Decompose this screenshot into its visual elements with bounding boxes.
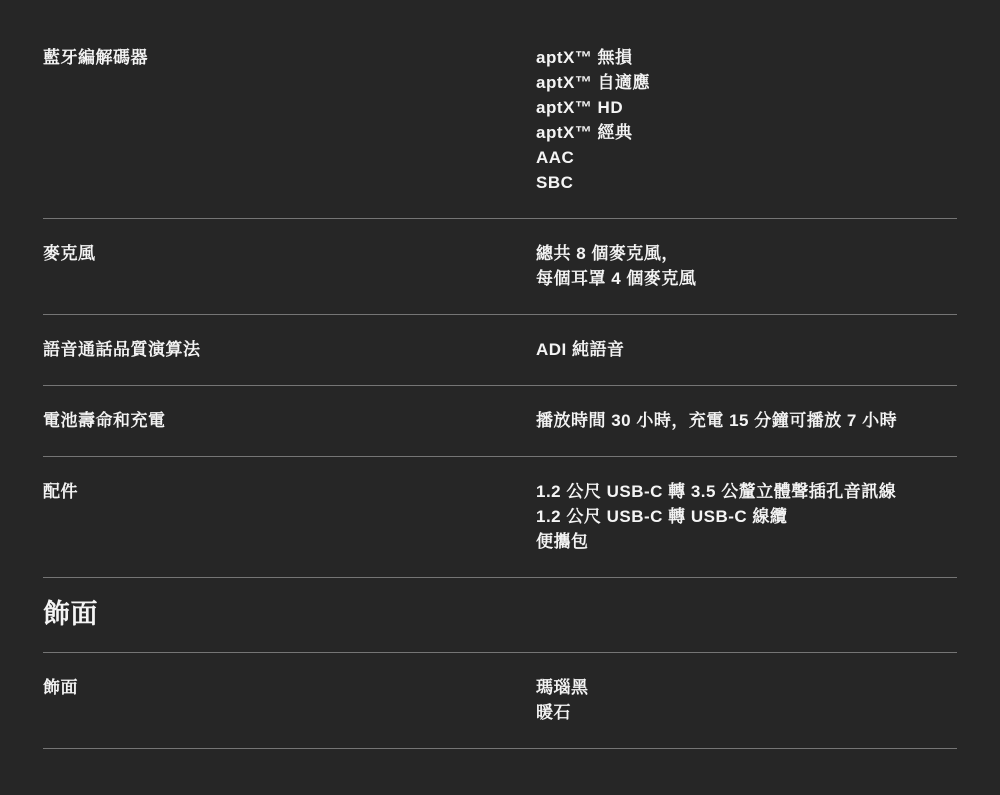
spec-content: 藍牙編解碼器 aptX™ 無損 aptX™ 自適應 aptX™ HD aptX™…: [43, 0, 957, 749]
spec-value-line: SBC: [536, 170, 957, 195]
spec-values: 瑪瑙黑 暖石: [536, 675, 957, 725]
spec-value-line: ADI 純語音: [536, 337, 957, 362]
spec-value-line: aptX™ HD: [536, 95, 957, 120]
spec-label: 語音通話品質演算法: [43, 337, 536, 362]
spec-value-line: 1.2 公尺 USB-C 轉 USB-C 線纜: [536, 504, 957, 529]
spec-value-line: aptX™ 經典: [536, 120, 957, 145]
spec-value-line: 暖石: [536, 700, 957, 725]
spec-page: 藍牙編解碼器 aptX™ 無損 aptX™ 自適應 aptX™ HD aptX™…: [0, 0, 1000, 795]
spec-label: 藍牙編解碼器: [43, 45, 536, 70]
spec-label: 麥克風: [43, 241, 536, 266]
spec-values: aptX™ 無損 aptX™ 自適應 aptX™ HD aptX™ 經典 AAC…: [536, 45, 957, 195]
spec-row-bluetooth-codec: 藍牙編解碼器 aptX™ 無損 aptX™ 自適應 aptX™ HD aptX™…: [43, 0, 957, 219]
spec-row-accessories: 配件 1.2 公尺 USB-C 轉 3.5 公釐立體聲插孔音訊線 1.2 公尺 …: [43, 457, 957, 578]
spec-values: 1.2 公尺 USB-C 轉 3.5 公釐立體聲插孔音訊線 1.2 公尺 USB…: [536, 479, 957, 554]
spec-label: 配件: [43, 479, 536, 504]
section-heading-finish: 飾面: [43, 578, 957, 653]
spec-label: 電池壽命和充電: [43, 408, 536, 433]
spec-value-line: aptX™ 無損: [536, 45, 957, 70]
spec-value-line: 瑪瑙黑: [536, 675, 957, 700]
spec-label: 飾面: [43, 675, 536, 700]
spec-row-voice-algorithm: 語音通話品質演算法 ADI 純語音: [43, 315, 957, 386]
spec-row-battery: 電池壽命和充電 播放時間 30 小時，充電 15 分鐘可播放 7 小時: [43, 386, 957, 457]
spec-row-finish: 飾面 瑪瑙黑 暖石: [43, 653, 957, 749]
spec-values: 總共 8 個麥克風， 每個耳罩 4 個麥克風: [536, 241, 957, 291]
spec-row-microphones: 麥克風 總共 8 個麥克風， 每個耳罩 4 個麥克風: [43, 219, 957, 315]
spec-values: ADI 純語音: [536, 337, 957, 362]
spec-value-line: 1.2 公尺 USB-C 轉 3.5 公釐立體聲插孔音訊線: [536, 479, 957, 504]
spec-value-line: 總共 8 個麥克風，: [536, 241, 957, 266]
spec-values: 播放時間 30 小時，充電 15 分鐘可播放 7 小時: [536, 408, 957, 433]
spec-value-line: 播放時間 30 小時，充電 15 分鐘可播放 7 小時: [536, 408, 957, 433]
spec-value-line: aptX™ 自適應: [536, 70, 957, 95]
spec-value-line: 每個耳罩 4 個麥克風: [536, 266, 957, 291]
spec-value-line: 便攜包: [536, 529, 957, 554]
spec-value-line: AAC: [536, 145, 957, 170]
